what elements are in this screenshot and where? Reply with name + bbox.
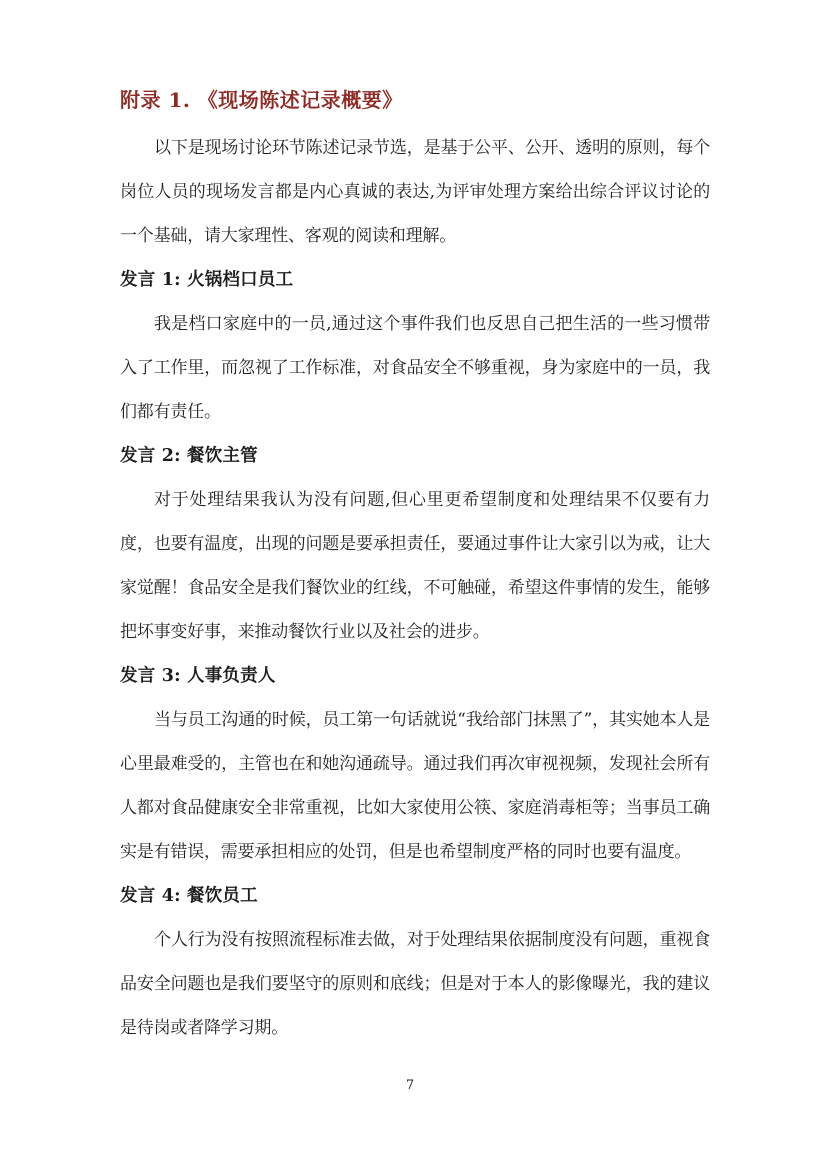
document-content: 附录 1. 《现场陈述记录概要》 以下是现场讨论环节陈述记录节选，是基于公平、公… bbox=[0, 0, 820, 1050]
speech-3-title: 发言 3: 人事负责人 bbox=[120, 654, 710, 698]
speech-4-body: 个人行为没有按照流程标准去做，对于处理结果依据制度没有问题，重视食品安全问题也是… bbox=[120, 918, 710, 1050]
appendix-heading: 附录 1. 《现场陈述记录概要》 bbox=[120, 84, 710, 116]
speech-2-body: 对于处理结果我认为没有问题,但心里更希望制度和处理结果不仅要有力度，也要有温度，… bbox=[120, 478, 710, 654]
speech-1-body: 我是档口家庭中的一员,通过这个事件我们也反思自己把生活的一些习惯带入了工作里，而… bbox=[120, 302, 710, 434]
speech-3-body: 当与员工沟通的时候，员工第一句话就说“我给部门抹黑了”，其实她本人是心里最难受的… bbox=[120, 698, 710, 874]
speech-2-title: 发言 2: 餐饮主管 bbox=[120, 434, 710, 478]
intro-paragraph: 以下是现场讨论环节陈述记录节选，是基于公平、公开、透明的原则，每个岗位人员的现场… bbox=[120, 126, 710, 258]
document-page: 附录 1. 《现场陈述记录概要》 以下是现场讨论环节陈述记录节选，是基于公平、公… bbox=[0, 0, 820, 1151]
page-number: 7 bbox=[0, 1078, 820, 1094]
speech-1-title: 发言 1: 火锅档口员工 bbox=[120, 258, 710, 302]
speech-4-title: 发言 4: 餐饮员工 bbox=[120, 874, 710, 918]
